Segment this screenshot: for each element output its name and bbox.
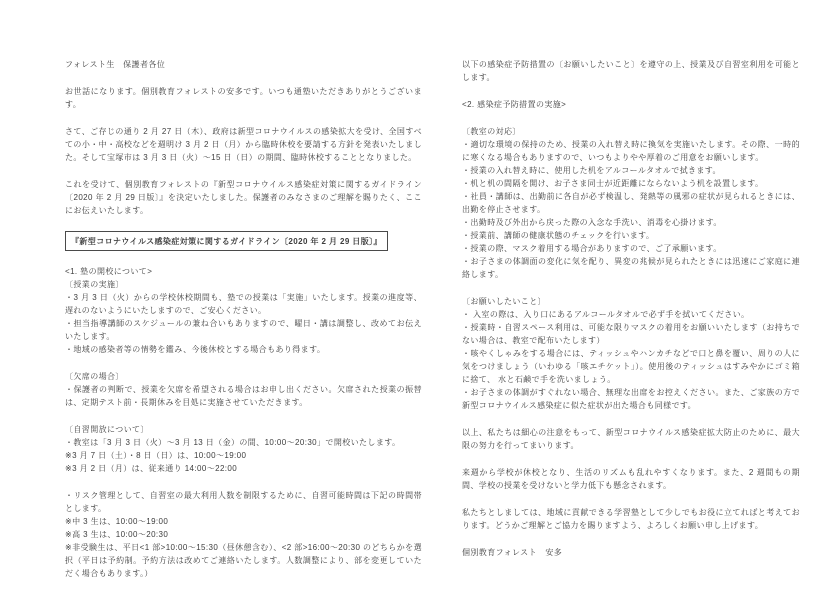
paragraph: <2. 感染症予防措置の実施> xyxy=(462,98,800,111)
paragraph: 私たちとしましては、地域に貢献できる学習塾として少しでもお役に立てればと考えてお… xyxy=(462,506,800,532)
paragraph: ・授業の際、マスク着用する場合がありますので、ご了承願います。 xyxy=(462,242,800,255)
paragraph: これを受けて、個別教育フォレストの『新型コロナウイルス感染症対策に関するガイドラ… xyxy=(65,178,422,217)
paragraph: ・リスク管理として、自習室の最大利用人数を制限するために、自習可能時間は下記の時… xyxy=(65,489,422,515)
paragraph: ※高 3 生は、10:00～20:30 xyxy=(65,528,422,541)
paragraph: ・地域の感染者等の情勢を鑑み、今後休校とする場合もあり得ます。 xyxy=(65,343,422,356)
paragraph: ・3 月 3 日（火）からの学校休校期間も、塾での授業は「実施」いたします。授業… xyxy=(65,291,422,317)
paragraph: ・保護者の判断で、授業を欠席を希望される場合はお申し出ください。欠席された授業の… xyxy=(65,383,422,409)
paragraph: ・授業の入れ替え時に、使用した机をアルコールタオルで拭きます。 xyxy=(462,164,800,177)
paragraph: さて、ご存じの通り 2 月 27 日（木）、政府は新型コロナウイルスの感染拡大を… xyxy=(65,125,422,164)
paragraph: 〔欠席の場合〕 xyxy=(65,370,422,383)
paragraph: ※3 月 2 日（月）は、従来通り 14:00～22:00 xyxy=(65,462,422,475)
right-column: 以下の感染症予防措置の〔お願いしたいこと〕を遵守の上、授業及び自習室利用を可能と… xyxy=(462,58,800,559)
paragraph: ・ 入室の際は、入り口にあるアルコールタオルで必ず手を拭いてください。 xyxy=(462,308,800,321)
paragraph: ・社員・講師は、出勤前に各自が必ず検温し、発熱等の風邪の症状が見られるときには、… xyxy=(462,190,800,216)
paragraph: ・適切な環境の保持のため、授業の入れ替え時に換気を実施いたします。その際、一時的… xyxy=(462,138,800,164)
paragraph: ・出勤時及び外出から戻った際の入念な手洗い、消毒を心掛けます。 xyxy=(462,216,800,229)
paragraph: 〔お願いしたいこと〕 xyxy=(462,295,800,308)
paragraph: ・咳やくしゃみをする場合には、ティッシュやハンカチなどで口と鼻を覆い、周りの人に… xyxy=(462,347,800,386)
paragraph: 〔自習開放について〕 xyxy=(65,423,422,436)
paragraph: ・机と机の間隔を開け、お子さま同士が近距離にならないよう机を設置します。 xyxy=(462,177,800,190)
paragraph: ・授業時・自習スペース利用は、可能な限りマスクの着用をお願いいたします（お持ちで… xyxy=(462,321,800,347)
paragraph: 以上、私たちは細心の注意をもって、新型コロナウイルス感染症拡大防止のために、最大… xyxy=(462,426,800,452)
paragraph: <1. 塾の開校について> xyxy=(65,265,422,278)
paragraph: お世話になります。個別教育フォレストの安多です。いつも通塾いただきありがとうござ… xyxy=(65,85,422,111)
paragraph: ※中 3 生は、10:00～19:00 xyxy=(65,515,422,528)
guideline-title-text: 『新型コロナウイルス感染症対策に関するガイドライン〔2020 年 2 月 29 … xyxy=(65,231,388,251)
paragraph: 〔授業の実施〕 xyxy=(65,278,422,291)
paragraph: ※非受験生は、平日<1 部>10:00～15:30（昼休憩含む）、<2 部>16… xyxy=(65,541,422,580)
paragraph: ・授業前、講師の健康状態のチェックを行います。 xyxy=(462,229,800,242)
document-page: フォレスト生 保護者各位お世話になります。個別教育フォレストの安多です。いつも通… xyxy=(0,0,840,593)
paragraph: 〔教室の対応〕 xyxy=(462,125,800,138)
paragraph: ※3 月 7 日（土）・8 日（日）は、10:00～19:00 xyxy=(65,449,422,462)
guideline-title: 『新型コロナウイルス感染症対策に関するガイドライン〔2020 年 2 月 29 … xyxy=(65,231,422,251)
left-column: フォレスト生 保護者各位お世話になります。個別教育フォレストの安多です。いつも通… xyxy=(65,58,422,580)
paragraph: フォレスト生 保護者各位 xyxy=(65,58,422,71)
paragraph: ・お子さまの体調がすぐれない場合、無理な出席をお控えください。また、ご家族の方で… xyxy=(462,386,800,412)
paragraph: ・教室は「3 月 3 日（火）～3 月 13 日（金）の間、10:00～20:3… xyxy=(65,436,422,449)
paragraph: 以下の感染症予防措置の〔お願いしたいこと〕を遵守の上、授業及び自習室利用を可能と… xyxy=(462,58,800,84)
paragraph: ・担当指導講師のスケジュールの兼ね合いもありますので、曜日・講は調整し、改めてお… xyxy=(65,317,422,343)
paragraph: 個別教育フォレスト 安多 xyxy=(462,546,800,559)
paragraph: 来週から学校が休校となり、生活のリズムも乱れやすくなります。また、2 週間もの期… xyxy=(462,466,800,492)
paragraph: ・お子さまの体調面の変化に気を配り、異変の兆候が見られたときには迅速にご家庭に連… xyxy=(462,255,800,281)
